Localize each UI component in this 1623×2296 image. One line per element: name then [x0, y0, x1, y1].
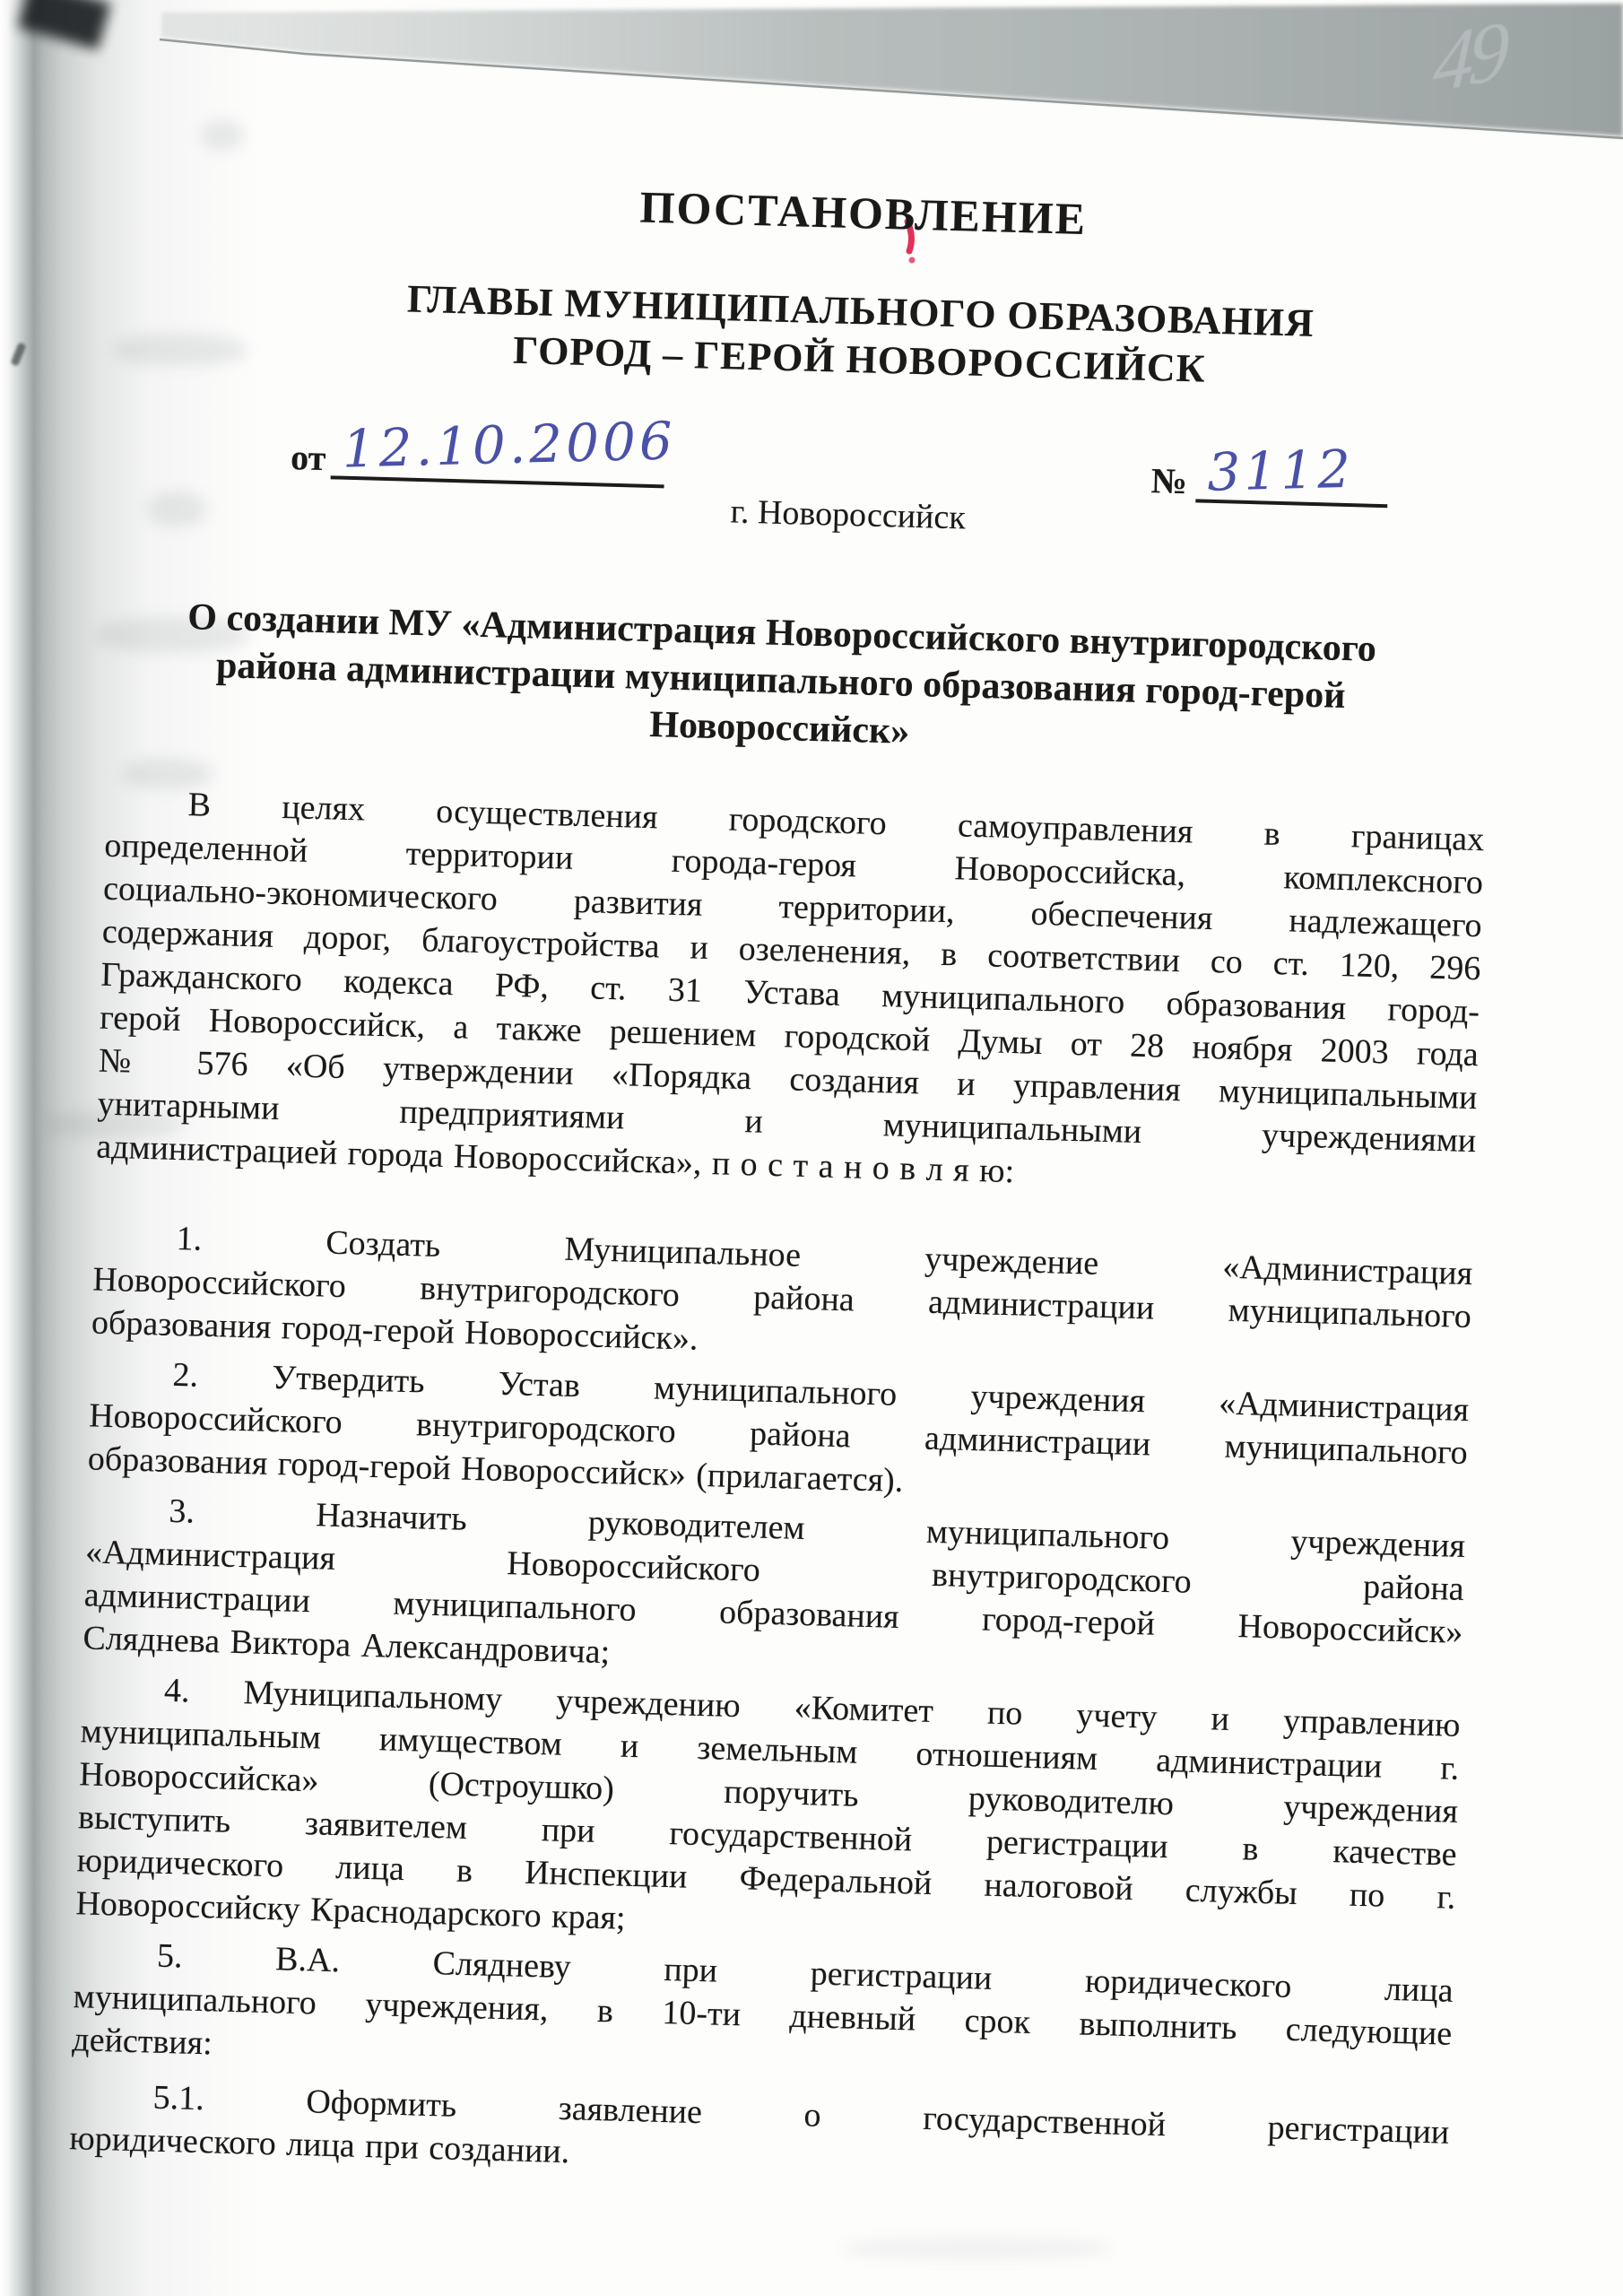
item-number: 4. [163, 1672, 190, 1710]
subject-heading: О создании МУ «Администрация Новороссийс… [108, 592, 1490, 772]
number-label: № [1150, 460, 1187, 502]
date-field: от 12.10.2006 [291, 421, 666, 488]
number-underline: 3112 [1195, 445, 1389, 508]
date-label: от [291, 437, 326, 479]
handwritten-number: 3112 [1207, 439, 1355, 503]
intro-paragraph: В целях осуществления городского самоупр… [96, 781, 1485, 1205]
decree-item-4: 4. Муниципальному учреждению «Комитет по… [75, 1666, 1461, 1961]
item-number: 2. [172, 1356, 199, 1395]
doc-type-title: ПОСТАНОВЛЕНИЕ [121, 167, 1501, 257]
authority-heading: ГЛАВЫ МУНИЦИПАЛЬНОГО ОБРАЗОВАНИЯ ГОРОД –… [117, 267, 1498, 402]
bleedthrough-mark [843, 2239, 1112, 2258]
item-number: 3. [169, 1492, 195, 1531]
document-page: 49 ПОСТАНОВЛЕНИЕ ГЛАВЫ МУНИЦИПАЛЬНОГО ОБ… [0, 0, 1623, 2296]
scanned-decree: { "annotations": { "page_corner_mark": "… [0, 0, 1623, 2296]
document-content: ПОСТАНОВЛЕНИЕ ГЛАВЫ МУНИЦИПАЛЬНОГО ОБРАЗ… [69, 0, 1506, 2197]
item-number: 5. [156, 1937, 183, 1976]
number-field: № 3112 [1150, 444, 1389, 508]
decree-item-5: 5. В.А. Слядневу при регистрации юридиче… [72, 1932, 1454, 2099]
item-number: 1. [176, 1220, 203, 1258]
date-underline: 12.10.2006 [331, 422, 666, 488]
handwritten-date: 12.10.2006 [342, 410, 677, 479]
decree-item-3: 3. Назначить руководителем муниципальног… [82, 1487, 1466, 1697]
item-number: 5.1. [152, 2079, 204, 2118]
